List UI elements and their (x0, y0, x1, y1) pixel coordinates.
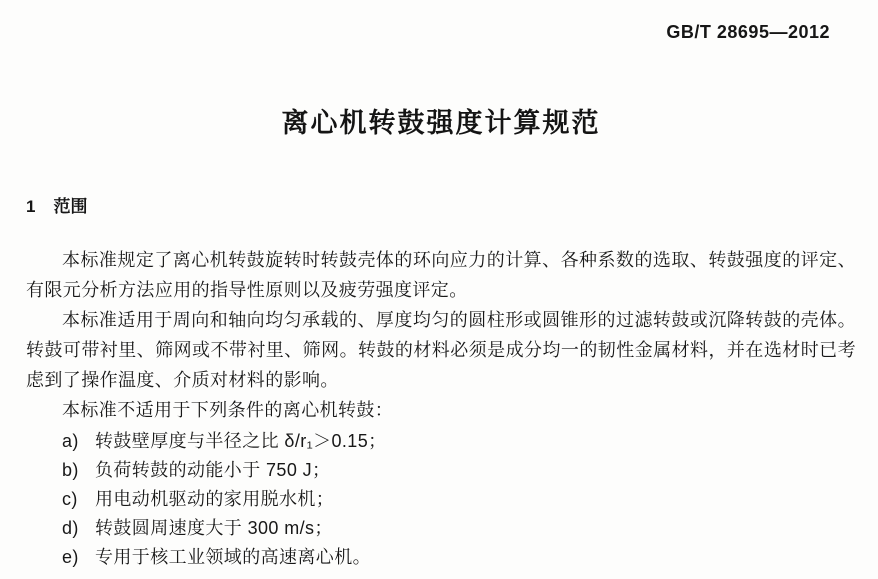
list-item-label: b) (62, 456, 95, 484)
list-item-text: 转鼓壁厚度与半径之比 δ/r₁＞0.15； (95, 431, 387, 451)
list-item-label: c) (62, 485, 95, 513)
list-item-text: 用电动机驱动的家用脱水机； (95, 489, 334, 509)
section-title: 范围 (53, 197, 87, 216)
list-item-text: 负荷转鼓的动能小于 750 J； (95, 460, 330, 480)
list-item-label: a) (62, 427, 95, 455)
list-item-d: d)转鼓圆周速度大于 300 m/s； (62, 514, 856, 542)
list-item-b: b)负荷转鼓的动能小于 750 J； (62, 456, 856, 484)
paragraph-scope-definition: 本标准规定了离心机转鼓旋转时转鼓壳体的环向应力的计算、各种系数的选取、转鼓强度的… (26, 245, 856, 305)
document-page: GB/T 28695—2012 离心机转鼓强度计算规范 1范围 本标准规定了离心… (0, 0, 878, 579)
section-number: 1 (26, 197, 35, 216)
paragraph-applicability: 本标准适用于周向和轴向均匀承载的、厚度均匀的圆柱形或圆锥形的过滤转鼓或沉降转鼓的… (26, 305, 856, 395)
document-title: 离心机转鼓强度计算规范 (26, 106, 856, 140)
document-header: GB/T 28695—2012 (26, 20, 856, 44)
section-heading-scope: 1范围 (26, 196, 856, 218)
paragraph-exclusions-intro: 本标准不适用于下列条件的离心机转鼓： (26, 395, 856, 425)
exclusion-list: a)转鼓壁厚度与半径之比 δ/r₁＞0.15； b)负荷转鼓的动能小于 750 … (26, 427, 856, 571)
list-item-text: 专用于核工业领域的高速离心机。 (95, 547, 371, 567)
list-item-a: a)转鼓壁厚度与半径之比 δ/r₁＞0.15； (62, 427, 856, 455)
list-item-label: e) (62, 543, 95, 571)
list-item-e: e)专用于核工业领域的高速离心机。 (62, 543, 856, 571)
list-item-label: d) (62, 514, 95, 542)
list-item-text: 转鼓圆周速度大于 300 m/s； (95, 518, 333, 538)
standard-number: GB/T 28695—2012 (666, 22, 830, 42)
scope-body: 本标准规定了离心机转鼓旋转时转鼓壳体的环向应力的计算、各种系数的选取、转鼓强度的… (26, 245, 856, 571)
list-item-c: c)用电动机驱动的家用脱水机； (62, 485, 856, 513)
